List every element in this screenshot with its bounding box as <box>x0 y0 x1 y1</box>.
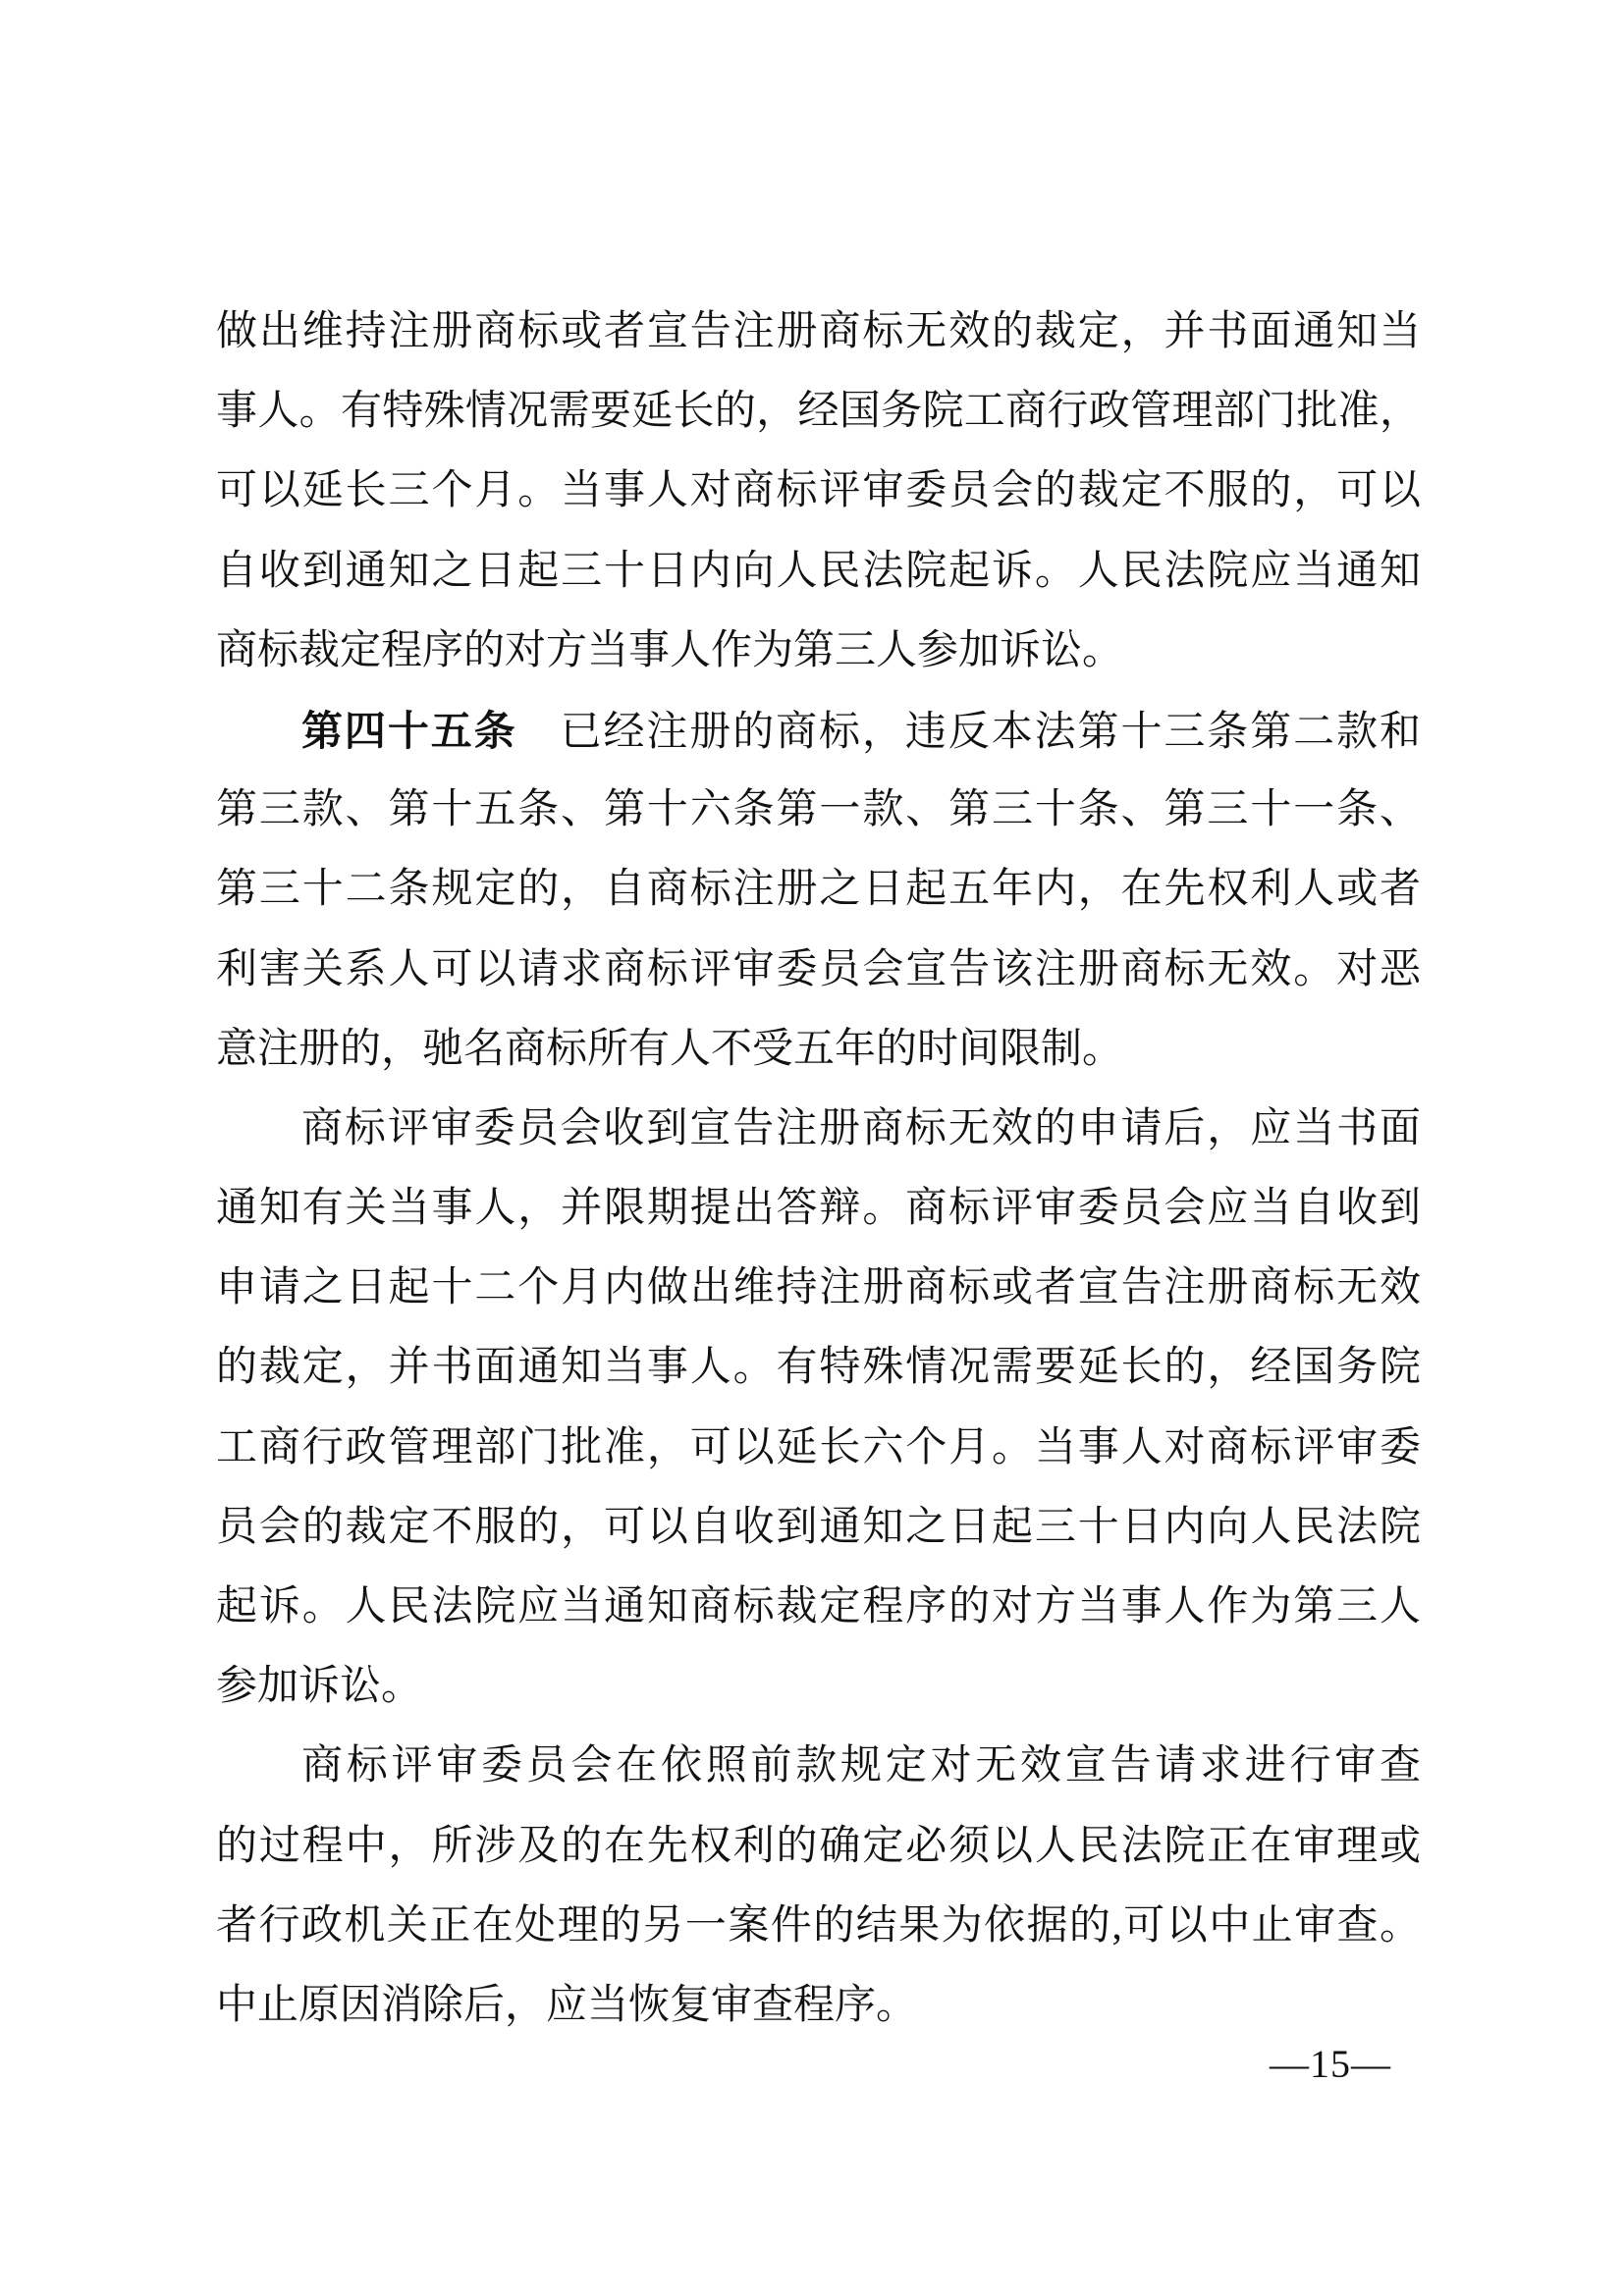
text-line: 第四十五条 已经注册的商标，违反本法第十三条第二款和 <box>216 691 1421 771</box>
text-line: 参加诉讼。 <box>216 1647 1421 1727</box>
text-line: 申请之日起十二个月内做出维持注册商标或者宣告注册商标无效 <box>216 1249 1421 1328</box>
text-line: 者行政机关正在处理的另一案件的结果为依据的,可以中止审查。 <box>216 1887 1421 1966</box>
text-line: 员会的裁定不服的，可以自收到通知之日起三十日内向人民法院 <box>216 1488 1421 1568</box>
text-line: 的过程中，所涉及的在先权利的确定必须以人民法院正在审理或 <box>216 1807 1421 1887</box>
article-text: 已经注册的商标，违反本法第十三条第二款和 <box>517 710 1421 755</box>
text-line: 商标评审委员会收到宣告注册商标无效的申请后，应当书面 <box>216 1090 1421 1169</box>
text-line: 事人。有特殊情况需要延长的，经国务院工商行政管理部门批准， <box>216 372 1421 452</box>
text-line: 意注册的，驰名商标所有人不受五年的时间限制。 <box>216 1010 1421 1090</box>
document-page: 做出维持注册商标或者宣告注册商标无效的裁定，并书面通知当事人。有特殊情况需要延长… <box>0 0 1624 2296</box>
text-line: 利害关系人可以请求商标评审委员会宣告该注册商标无效。对恶 <box>216 931 1421 1010</box>
text-line: 的裁定，并书面通知当事人。有特殊情况需要延长的，经国务院 <box>216 1328 1421 1408</box>
text-block: 做出维持注册商标或者宣告注册商标无效的裁定，并书面通知当事人。有特殊情况需要延长… <box>216 293 1421 2046</box>
text-line: 商标评审委员会在依照前款规定对无效宣告请求进行审查 <box>216 1727 1421 1806</box>
text-line: 起诉。人民法院应当通知商标裁定程序的对方当事人作为第三人 <box>216 1568 1421 1647</box>
text-line: 自收到通知之日起三十日内向人民法院起诉。人民法院应当通知 <box>216 532 1421 612</box>
text-line: 商标裁定程序的对方当事人作为第三人参加诉讼。 <box>216 612 1421 691</box>
text-line: 工商行政管理部门批准，可以延长六个月。当事人对商标评审委 <box>216 1409 1421 1488</box>
text-line: 做出维持注册商标或者宣告注册商标无效的裁定，并书面通知当 <box>216 293 1421 372</box>
page-number: —15— <box>1270 2042 1391 2087</box>
article-number: 第四十五条 <box>301 708 517 754</box>
text-line: 中止原因消除后，应当恢复审查程序。 <box>216 1966 1421 2046</box>
text-line: 第三十二条规定的，自商标注册之日起五年内，在先权利人或者 <box>216 850 1421 930</box>
text-line: 通知有关当事人，并限期提出答辩。商标评审委员会应当自收到 <box>216 1169 1421 1249</box>
text-line: 第三款、第十五条、第十六条第一款、第三十条、第三十一条、 <box>216 771 1421 850</box>
text-line: 可以延长三个月。当事人对商标评审委员会的裁定不服的，可以 <box>216 452 1421 531</box>
